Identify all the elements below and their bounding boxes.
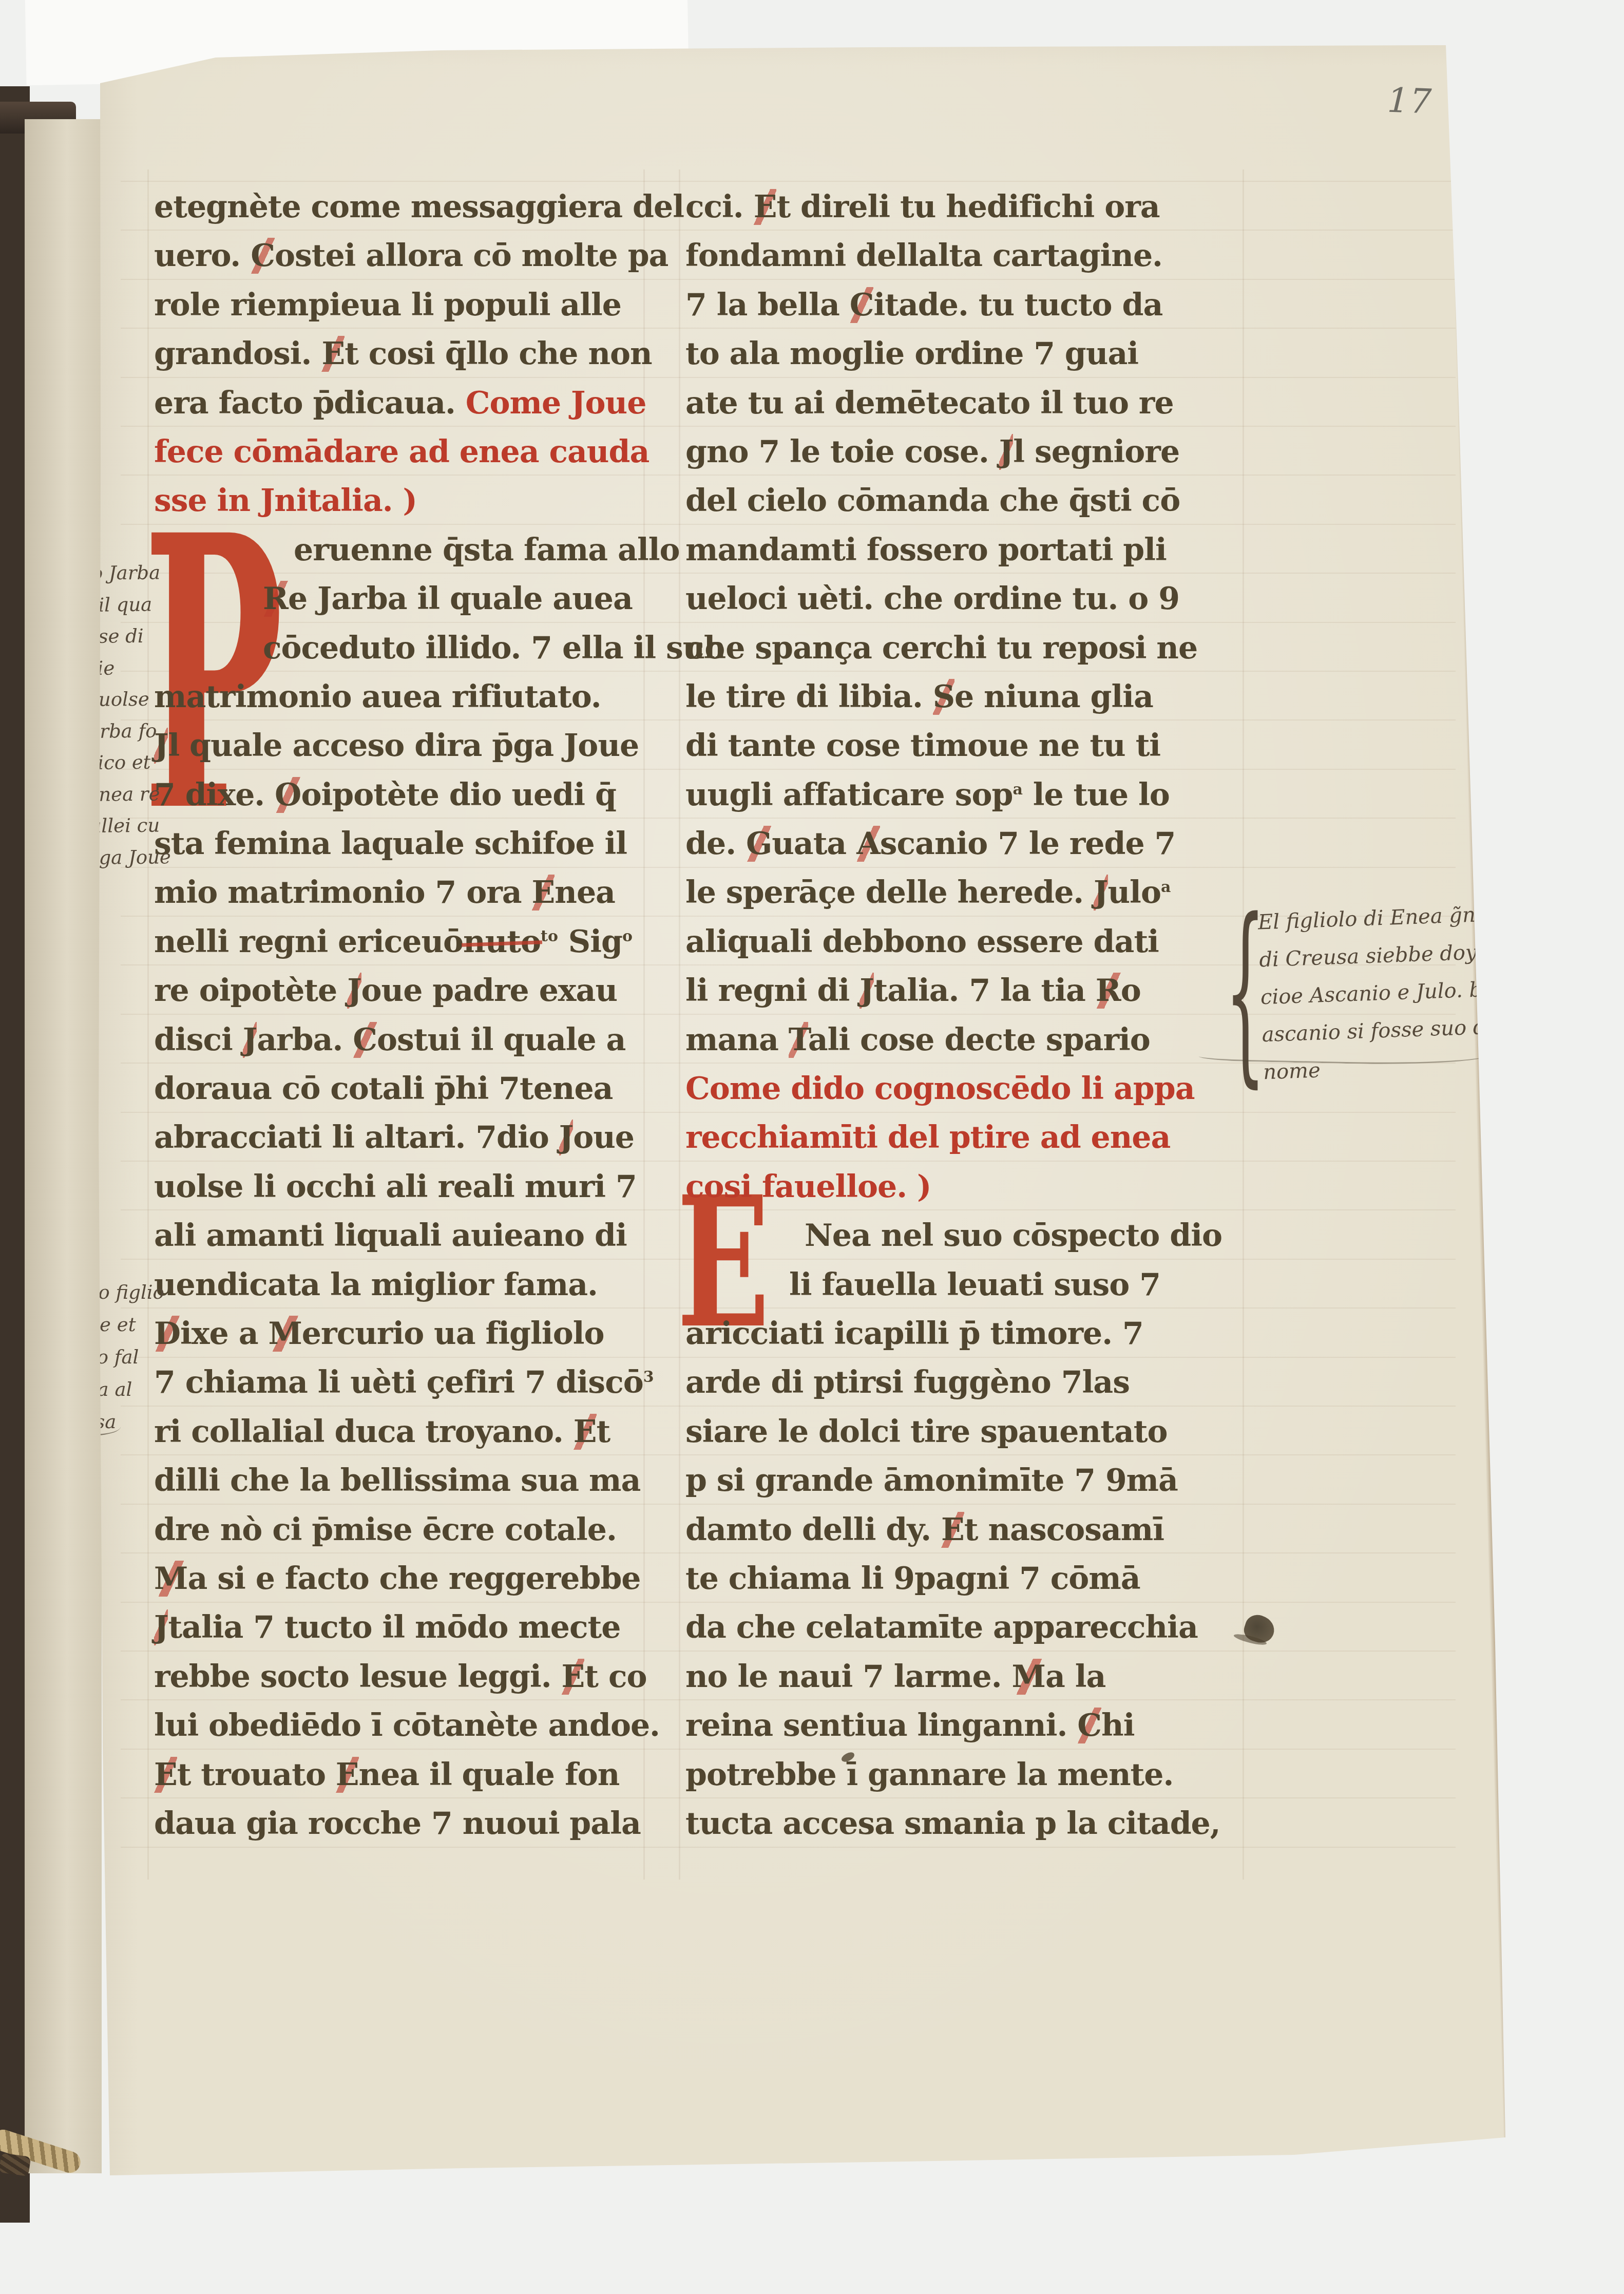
body-text: S — [933, 679, 954, 715]
text-line: abracciati li altari. 7dio Joue — [154, 1120, 642, 1168]
body-text: E — [562, 1659, 585, 1695]
body-text: t cosi q̄llo che non — [345, 336, 652, 372]
rubric-text: cosi fauelloe. ) — [685, 1169, 931, 1205]
body-text: arba. — [257, 1022, 353, 1058]
text-line: uolse li occhi ali reali muri 7 — [154, 1169, 642, 1218]
body-text: le tue lo — [1023, 777, 1170, 813]
text-line: di tante cose timoue ne tu ti — [685, 728, 1245, 776]
body-text: l quale acceso dira p̄ga Joue — [168, 728, 639, 764]
text-line: Nea nel suo cōspecto dio — [805, 1218, 1245, 1266]
text-line: ali amanti liquali auieano di — [154, 1218, 642, 1266]
body-text: oue — [573, 1120, 634, 1155]
text-line: uendicata la miglior fama. — [154, 1267, 642, 1316]
text-line: arde di ptirsi fuggèno 7las — [685, 1364, 1245, 1413]
folio-number: 17 — [1387, 80, 1434, 121]
text-line: uugli affaticare sopa le tue lo — [685, 777, 1245, 826]
body-text: T — [789, 1022, 808, 1058]
cord-knot — [0, 2153, 31, 2176]
text-line: le tire di libia. Se niuna glia — [685, 679, 1245, 728]
body-text: le sperāçe delle herede. — [685, 875, 1094, 911]
body-text: talia 7 tucto il mōdo mecte — [168, 1609, 620, 1645]
body-text: t — [597, 1414, 610, 1450]
body-text: p si grande āmonimīte 7 9mā — [685, 1463, 1178, 1499]
manuscript-page: 17 P E etegnète come messaggiera deluero… — [0, 0, 1624, 2294]
body-text: ostui il quale a — [377, 1022, 625, 1058]
body-text: oipotète dio uedi q̄ — [301, 777, 616, 813]
body-text: t co — [584, 1659, 646, 1695]
text-line: doraua cō cotali p̄hi 7tenea — [154, 1071, 642, 1120]
text-line: li fauella leuati suso 7 — [789, 1267, 1245, 1316]
body-text: te chiama li 9pagni 7 cōmā — [685, 1561, 1140, 1597]
body-text: oue padre exau — [361, 973, 618, 1009]
text-line: reina sentiua linganni. Chi — [685, 1708, 1245, 1756]
ruling-vertical-left — [147, 169, 149, 1880]
body-text: li fauella leuati suso 7 — [789, 1267, 1160, 1303]
body-text: 7 chiama li uèti çefiri 7 discō — [154, 1364, 643, 1400]
body-text: del cielo cōmanda che q̄sti cō — [685, 483, 1180, 519]
rubric-text: sse in Jnitalia. ) — [154, 483, 417, 519]
rubric-text: recchiamīti del ptire ad enea — [685, 1120, 1170, 1155]
body-text: eruenne q̄sta fama allo — [294, 532, 680, 568]
column-right: cci. Et direli tu hedifichi orafondamni … — [685, 189, 1245, 1854]
body-text: mandamti fossero portati pli — [685, 532, 1167, 568]
body-text: nelli regni ericeuō — [154, 924, 463, 960]
body-text: E — [336, 1757, 359, 1793]
body-text: aliquali debbono essere dati — [685, 924, 1159, 960]
body-text: o — [622, 927, 633, 945]
body-text: 3 — [643, 1368, 654, 1386]
text-line: Dixe a Mercurio ua figliolo — [154, 1316, 642, 1364]
body-text: de. — [685, 826, 746, 862]
text-line: mana Tali cose decte spario — [685, 1022, 1245, 1071]
body-text: E — [321, 336, 345, 372]
text-line: li regni di Jtalia. 7 la tia Ro — [685, 973, 1245, 1021]
body-text: aricciati icapilli p̄ timore. 7 — [685, 1316, 1143, 1352]
body-text: doraua cō cotali p̄hi 7tenea — [154, 1071, 613, 1107]
body-text: E — [754, 189, 777, 225]
ruling-vertical-mid2 — [679, 169, 680, 1880]
text-line: tucta accesa smania p la citade, — [685, 1806, 1245, 1854]
body-text: ueloci uèti. che ordine tu. o 9 — [685, 581, 1179, 617]
rubric-text: fece cōmādare ad enea cauda — [154, 434, 649, 470]
body-text: lui obediēdo ī cōtanète andoe. — [154, 1708, 660, 1743]
body-text: abracciati li altari. 7dio — [154, 1120, 559, 1155]
body-text: tucta accesa smania p la citade, — [685, 1806, 1220, 1842]
body-text: disci — [154, 1022, 243, 1058]
text-line: re oipotète Joue padre exau — [154, 973, 642, 1021]
body-text: Sig — [558, 924, 622, 960]
body-text: J — [559, 1120, 573, 1155]
ruling-vertical-mid1 — [643, 169, 645, 1880]
body-text: itade. tu tucto da — [873, 287, 1162, 323]
text-line: cci. Et direli tu hedifichi ora — [685, 189, 1245, 238]
body-text: dre nò ci p̄mise ēcre cotale. — [154, 1512, 617, 1548]
text-line: Come dido cognoscēdo li appa — [685, 1071, 1245, 1120]
body-text: uugli affaticare sop — [685, 777, 1012, 813]
text-line: potrebbe ī gannare la mente. — [685, 1757, 1245, 1806]
body-text: grandosi. — [154, 336, 321, 372]
body-text: cci. — [685, 189, 754, 225]
body-text: C — [850, 287, 874, 323]
text-line: te chiama li 9pagni 7 cōmā — [685, 1561, 1245, 1609]
body-text: talia. 7 la tia — [874, 973, 1096, 1009]
page-edge-shading — [1448, 44, 1513, 2144]
text-line: Jtalia 7 tucto il mōdo mecte — [154, 1609, 642, 1658]
text-line: 7 dixe. Ooipotète dio uedi q̄ — [154, 777, 642, 826]
text-line: sse in Jnitalia. ) — [154, 483, 642, 532]
body-text: E — [574, 1414, 597, 1450]
text-line: era facto p̄dicaua. Come Joue — [154, 385, 642, 434]
body-text: uolse li occhi ali reali muri 7 — [154, 1169, 637, 1205]
text-line: grandosi. Et cosi q̄llo che non — [154, 336, 642, 385]
text-line: p si grande āmonimīte 7 9mā — [685, 1463, 1245, 1511]
body-text: t direli tu hedifichi ora — [776, 189, 1159, 225]
body-text: C — [251, 238, 275, 274]
text-line: del cielo cōmanda che q̄sti cō — [685, 483, 1245, 532]
text-line: ate tu ai demētecato il tuo re — [685, 385, 1245, 434]
body-text: t trouato — [177, 1757, 336, 1793]
text-line: Et trouato Enea il quale fon — [154, 1757, 642, 1806]
text-line: aliquali debbono essere dati — [685, 924, 1245, 973]
body-text: t nascosamī — [964, 1512, 1164, 1548]
text-line: ueloci uèti. che ordine tu. o 9 — [685, 581, 1245, 630]
body-text: uero. — [154, 238, 251, 274]
body-text: J — [154, 1609, 168, 1645]
body-text: siare le dolci tire spauentato — [685, 1414, 1168, 1450]
rubric-text: Come dido cognoscēdo li appa — [685, 1071, 1195, 1107]
body-text: dilli che la bellissima sua ma — [154, 1463, 640, 1499]
body-text: R — [1096, 973, 1121, 1009]
body-text: mana — [685, 1022, 789, 1058]
body-text: C — [353, 1022, 377, 1058]
body-text: R — [263, 581, 288, 617]
text-line: che spança cerchi tu reposi ne — [685, 630, 1245, 679]
body-text: E — [154, 1757, 177, 1793]
body-text: M — [1012, 1659, 1045, 1695]
text-line: role riempieua li populi alle — [154, 287, 642, 336]
text-line: de. Guata Ascanio 7 le rede 7 — [685, 826, 1245, 875]
text-line: Jl quale acceso dira p̄ga Joue — [154, 728, 642, 776]
body-text: 7 dixe. — [154, 777, 275, 813]
text-line: dilli che la bellissima sua ma — [154, 1463, 642, 1511]
text-line: cosi fauelloe. ) — [685, 1169, 1245, 1218]
body-text: arde di ptirsi fuggèno 7las — [685, 1364, 1130, 1400]
page-stack-edge — [25, 119, 102, 2173]
column-left: etegnète come messaggiera deluero. Coste… — [154, 189, 642, 1854]
body-text: re oipotète — [154, 973, 347, 1009]
text-line: eruenne q̄sta fama allo — [294, 532, 642, 581]
body-text: gno 7 le toie cose. — [685, 434, 999, 470]
text-line: mandamti fossero portati pli — [685, 532, 1245, 581]
text-line: Ma si e facto che reggerebbe — [154, 1561, 642, 1609]
text-line: daua gia rocche 7 nuoui pala — [154, 1806, 642, 1854]
text-line: uero. Costei allora cō molte pa — [154, 238, 642, 287]
text-line: disci Jarba. Costui il quale a — [154, 1022, 642, 1071]
body-text: ostei allora cō molte pa — [275, 238, 668, 274]
body-text: ixe a — [180, 1316, 268, 1352]
body-text: ali cose decte spario — [808, 1022, 1150, 1058]
body-text: A — [856, 826, 880, 862]
text-line: da che celatamīte apparecchia — [685, 1609, 1245, 1658]
body-text: da che celatamīte apparecchia — [685, 1609, 1198, 1645]
text-line: gno 7 le toie cose. Jl segniore — [685, 434, 1245, 483]
body-text: ali amanti liquali auieano di — [154, 1218, 627, 1254]
text-line: siare le dolci tire spauentato — [685, 1414, 1245, 1463]
body-text: nuto — [463, 924, 541, 960]
body-text: uata — [772, 826, 856, 862]
text-line: rebbe socto lesue leggi. Et co — [154, 1659, 642, 1708]
text-line: damto delli dy. Et nascosamī — [685, 1512, 1245, 1561]
body-text: l segniore — [1013, 434, 1179, 470]
rubric-text: Come Joue — [466, 385, 646, 421]
body-text: J — [347, 973, 361, 1009]
body-text: ate tu ai demētecato il tuo re — [685, 385, 1174, 421]
body-text: cōceduto illido. 7 ella il suo — [263, 630, 724, 666]
body-text: a — [1161, 878, 1171, 896]
body-text: daua gia rocche 7 nuoui pala — [154, 1806, 641, 1842]
body-text: a — [1012, 781, 1022, 799]
body-text: ri collalial duca troyano. — [154, 1414, 574, 1450]
body-text: M — [154, 1561, 187, 1597]
text-line: cōceduto illido. 7 ella il suo — [263, 630, 642, 679]
body-text: J — [1094, 875, 1107, 911]
body-text: potrebbe ī gannare la mente. — [685, 1757, 1173, 1793]
text-line: ri collalial duca troyano. Et — [154, 1414, 642, 1463]
body-text: O — [275, 777, 301, 813]
body-text: hi — [1101, 1708, 1134, 1743]
body-text: era facto p̄dicaua. — [154, 385, 466, 421]
body-text: J — [243, 1022, 257, 1058]
body-text: uendicata la miglior fama. — [154, 1267, 598, 1303]
body-text: ulo — [1108, 875, 1161, 911]
text-line: to ala moglie ordine 7 guai — [685, 336, 1245, 385]
body-text: nea — [555, 875, 615, 911]
body-text: etegnète come messaggiera del — [154, 189, 684, 225]
body-text: D — [154, 1316, 180, 1352]
text-line: dre nò ci p̄mise ēcre cotale. — [154, 1512, 642, 1561]
body-text: G — [746, 826, 772, 862]
body-text: 7 la bella — [685, 287, 850, 323]
body-text: role riempieua li populi alle — [154, 287, 621, 323]
text-line: 7 chiama li uèti çefiri 7 discō3 — [154, 1364, 642, 1413]
text-line: recchiamīti del ptire ad enea — [685, 1120, 1245, 1168]
body-text: o — [1121, 973, 1141, 1009]
text-line: nelli regni ericeuōnutoto Sigo — [154, 924, 642, 973]
body-text: sta femina laquale schifoe il — [154, 826, 627, 862]
body-text: E — [941, 1512, 964, 1548]
body-text: reina sentiua linganni. — [685, 1708, 1077, 1743]
text-line: etegnète come messaggiera del — [154, 189, 642, 238]
body-text: di tante cose timoue ne tu ti — [685, 728, 1160, 764]
text-line: no le naui 7 larme. Ma la — [685, 1659, 1245, 1708]
body-text: to ala moglie ordine 7 guai — [685, 336, 1138, 372]
body-text: li regni di — [685, 973, 859, 1009]
body-text: J — [859, 973, 873, 1009]
body-text: rebbe socto lesue leggi. — [154, 1659, 562, 1695]
text-line: fece cōmādare ad enea cauda — [154, 434, 642, 483]
body-text: E — [532, 875, 555, 911]
text-line: matrimonio auea rifiutato. — [154, 679, 642, 728]
body-text: a si e facto che reggerebbe — [187, 1561, 640, 1597]
body-text: a la — [1045, 1659, 1105, 1695]
body-text: scanio 7 le rede 7 — [880, 826, 1176, 862]
text-line: Re Jarba il quale auea — [263, 581, 642, 630]
text-line: aricciati icapilli p̄ timore. 7 — [685, 1316, 1245, 1364]
text-line: sta femina laquale schifoe il — [154, 826, 642, 875]
body-text: to — [541, 927, 558, 945]
text-line: lui obediēdo ī cōtanète andoe. — [154, 1708, 642, 1756]
text-line: le sperāçe delle herede. Juloa — [685, 875, 1245, 923]
body-text: Nea nel suo cōspecto dio — [805, 1218, 1222, 1254]
body-text: J — [999, 434, 1013, 470]
body-text: damto delli dy. — [685, 1512, 941, 1548]
body-text: e niuna glia — [954, 679, 1153, 715]
body-text: M — [268, 1316, 301, 1352]
body-text: le tire di libia. — [685, 679, 933, 715]
body-text: nea il quale fon — [359, 1757, 620, 1793]
body-text: ercurio ua figliolo — [302, 1316, 604, 1352]
screenshot-root: { "folio_number": "17", "colors": { "par… — [0, 0, 1624, 2294]
text-line: fondamni dellalta cartagine. — [685, 238, 1245, 287]
body-text: e Jarba il quale auea — [288, 581, 633, 617]
body-text: che spança cerchi tu reposi ne — [685, 630, 1197, 666]
body-text: mio matrimonio 7 ora — [154, 875, 532, 911]
body-text: no le naui 7 larme. — [685, 1659, 1012, 1695]
body-text: fondamni dellalta cartagine. — [685, 238, 1162, 274]
text-line: 7 la bella Citade. tu tucto da — [685, 287, 1245, 336]
body-text: matrimonio auea rifiutato. — [154, 679, 601, 715]
text-line: mio matrimonio 7 ora Enea — [154, 875, 642, 923]
body-text: C — [1077, 1708, 1101, 1743]
